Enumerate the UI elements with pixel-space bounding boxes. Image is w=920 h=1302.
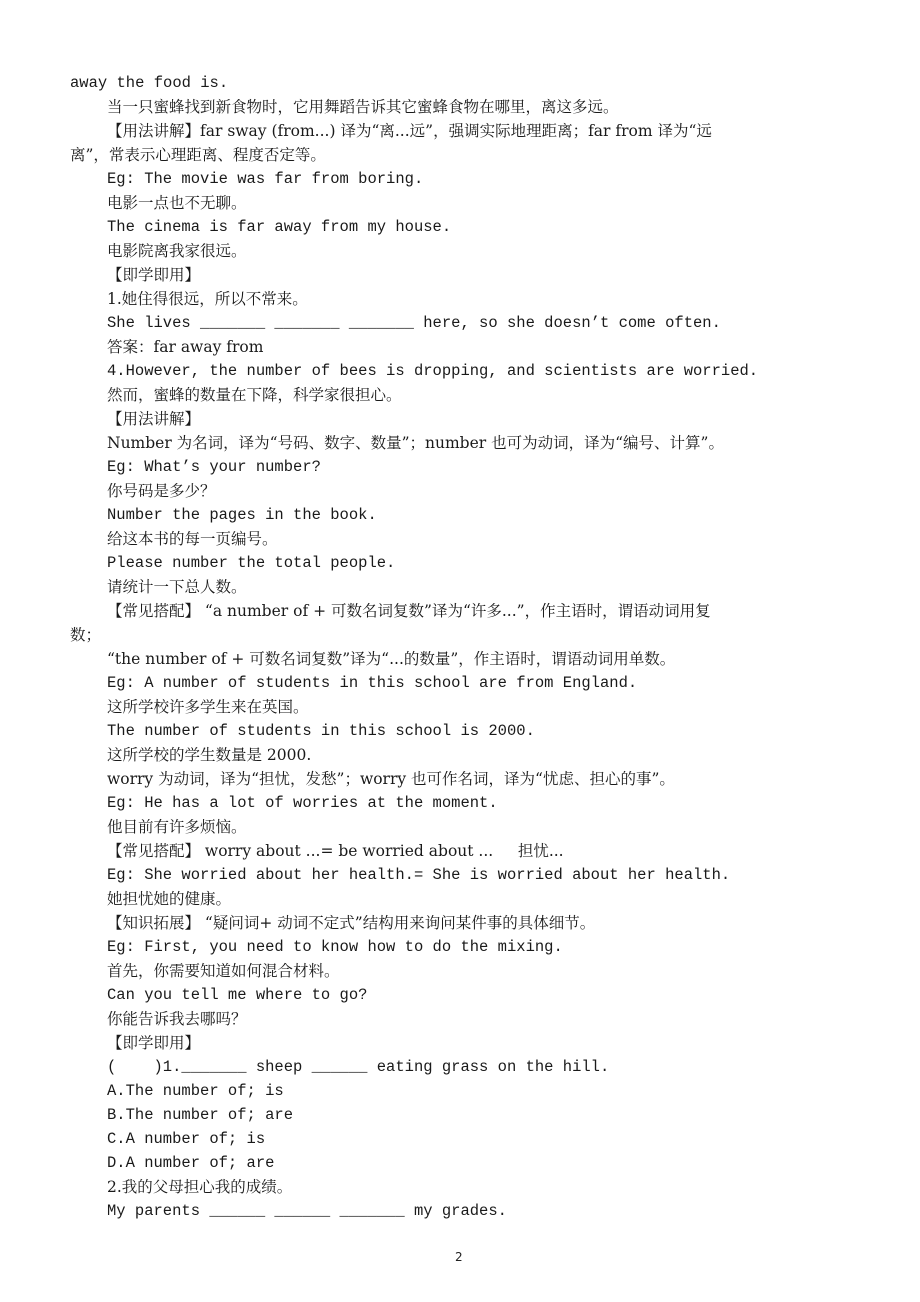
text-line: 数； [70, 625, 101, 645]
exercise-prompt: 2.我的父母担心我的成绩。 [107, 1177, 292, 1197]
text-line: 离”，常表示心理距离、程度否定等。 [70, 145, 326, 165]
translation-line: 这所学校许多学生来在英国。 [107, 697, 309, 717]
translation-line: 电影院离我家很远。 [107, 241, 247, 261]
answer-line: 答案：far away from [107, 337, 263, 357]
text-line: worry 为动词，译为“担忧，发愁”；worry 也可作名词，译为“忧虑、担心… [107, 769, 675, 789]
translation-line: 请统计一下总人数。 [107, 577, 247, 597]
collocation-line: “the number of + 可数名词复数”译为“...的数量”，作主语时，… [107, 649, 675, 669]
option-a: A.The number of; is [107, 1081, 284, 1101]
text-line: away the food is. [70, 73, 228, 93]
example-line: The number of students in this school is… [107, 721, 535, 741]
knowledge-extension-line: 【知识拓展】 “疑问词+ 动词不定式”结构用来询问某件事的具体细节。 [107, 913, 595, 933]
translation-line: 你号码是多少？ [107, 481, 216, 501]
example-line: Eg: A number of students in this school … [107, 673, 637, 693]
translation-line: 这所学校的学生数量是 2000. [107, 745, 311, 765]
example-line: Number the pages in the book. [107, 505, 377, 525]
exercise-blank-line: My parents ______ ______ _______ my grad… [107, 1201, 507, 1221]
translation-line: 电影一点也不无聊。 [107, 193, 247, 213]
translation-line: 她担忧她的健康。 [107, 889, 231, 909]
example-line: The cinema is far away from my house. [107, 217, 451, 237]
exercise-question: ( )1._______ sheep ______ eating grass o… [107, 1057, 609, 1077]
section-heading: 【用法讲解】 [107, 409, 200, 429]
example-line: Eg: First, you need to know how to do th… [107, 937, 563, 957]
translation-line: 给这本书的每一页编号。 [107, 529, 278, 549]
text-line: 当一只蜜蜂找到新食物时，它用舞蹈告诉其它蜜蜂食物在哪里，离这多远。 [107, 97, 619, 117]
example-line: Eg: What’s your number? [107, 457, 321, 477]
translation-line: 你能告诉我去哪吗？ [107, 1009, 247, 1029]
text-line: 4.However, the number of bees is droppin… [107, 361, 758, 381]
text-line: Number 为名词，译为“号码、数字、数量”；number 也可为动词，译为“… [107, 433, 724, 453]
example-line: Please number the total people. [107, 553, 395, 573]
section-heading: 【即学即用】 [107, 1033, 200, 1053]
collocation-line: 【常见搭配】 “a number of + 可数名词复数”译为“许多...”，作… [107, 601, 711, 621]
section-heading: 【即学即用】 [107, 265, 200, 285]
usage-heading-line: 【用法讲解】far sway (from...) 译为“离...远”，强调实际地… [107, 121, 712, 141]
option-c: C.A number of; is [107, 1129, 265, 1149]
example-line: Can you tell me where to go? [107, 985, 367, 1005]
option-d: D.A number of; are [107, 1153, 274, 1173]
example-line: Eg: He has a lot of worries at the momen… [107, 793, 498, 813]
collocation-line: 【常见搭配】 worry about ...= be worried about… [107, 841, 564, 861]
exercise-blank-line: She lives _______ _______ _______ here, … [107, 313, 721, 333]
translation-line: 然而，蜜蜂的数量在下降，科学家很担心。 [107, 385, 402, 405]
translation-line: 首先，你需要知道如何混合材料。 [107, 961, 340, 981]
example-line: Eg: She worried about her health.= She i… [107, 865, 730, 885]
option-b: B.The number of; are [107, 1105, 293, 1125]
exercise-prompt: 1.她住得很远，所以不常来。 [107, 289, 308, 309]
page-number: 2 [455, 1250, 463, 1264]
example-line: Eg: The movie was far from boring. [107, 169, 423, 189]
document-page: away the food is. 当一只蜜蜂找到新食物时，它用舞蹈告诉其它蜜蜂… [0, 0, 920, 1302]
translation-line: 他目前有许多烦恼。 [107, 817, 247, 837]
